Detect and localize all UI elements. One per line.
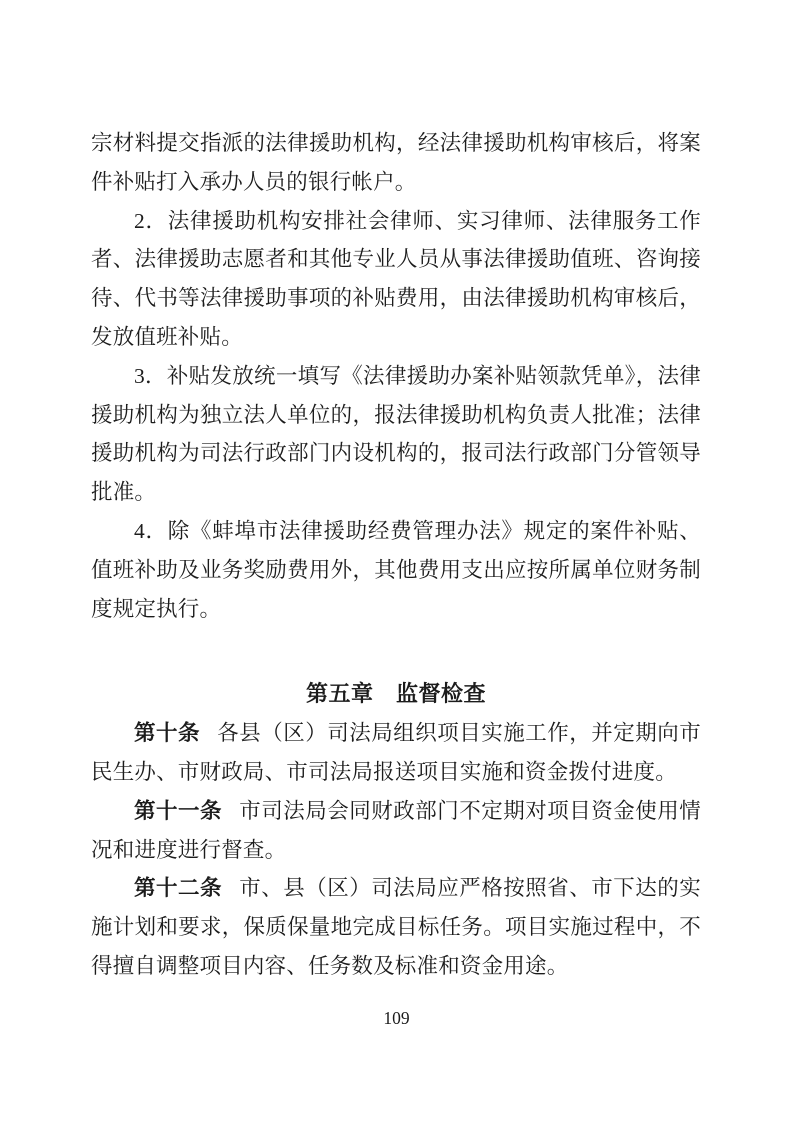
document-page: 宗材料提交指派的法律援助机构，经法律援助机构审核后，将案件补贴打入承办人员的银行…: [0, 0, 793, 1122]
body-paragraph-item-4: 4．除《蚌埠市法律援助经费管理办法》规定的案件补贴、值班补助及业务奖励费用外，其…: [91, 512, 701, 628]
chapter-heading: 第五章 监督检查: [91, 675, 701, 714]
body-paragraph-item-3: 3．补贴发放统一填写《法律援助办案补贴领款凭单》，法律援助机构为独立法人单位的，…: [91, 357, 701, 512]
article-paragraph-10: 第十条各县（区）司法局组织项目实施工作，并定期向市民生办、市财政局、市司法局报送…: [91, 714, 701, 792]
document-body: 宗材料提交指派的法律援助机构，经法律援助机构审核后，将案件补贴打入承办人员的银行…: [91, 124, 701, 986]
body-paragraph-item-2: 2．法律援助机构安排社会律师、实习律师、法律服务工作者、法律援助志愿者和其他专业…: [91, 202, 701, 357]
article-paragraph-12: 第十二条市、县（区）司法局应严格按照省、市下达的实施计划和要求，保质保量地完成目…: [91, 869, 701, 985]
article-label-11: 第十一条: [134, 799, 222, 823]
article-label-10: 第十条: [134, 721, 200, 745]
page-number: 109: [0, 1004, 793, 1032]
article-paragraph-11: 第十一条市司法局会同财政部门不定期对项目资金使用情况和进度进行督查。: [91, 792, 701, 870]
body-paragraph-continuation: 宗材料提交指派的法律援助机构，经法律援助机构审核后，将案件补贴打入承办人员的银行…: [91, 124, 701, 202]
article-label-12: 第十二条: [134, 876, 222, 900]
